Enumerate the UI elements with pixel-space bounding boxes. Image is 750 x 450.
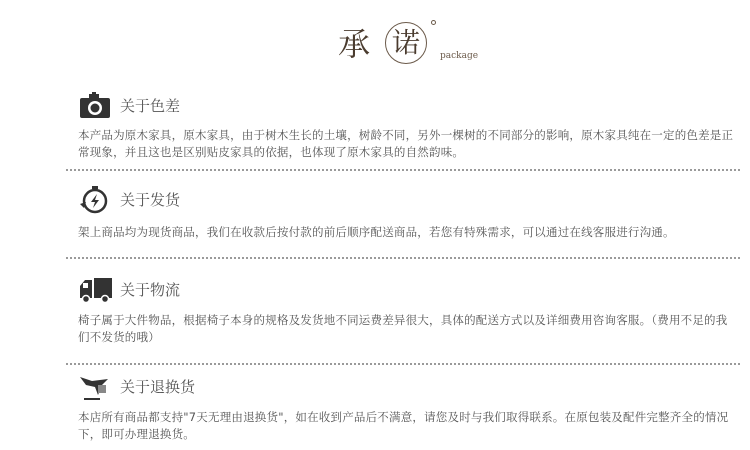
section-header: 关于色差 (78, 92, 738, 120)
section-logistics: 关于物流 椅子属于大件物品，根据椅子本身的规格及发货地不同运费差异很大，具体的配… (78, 276, 738, 346)
camera-icon (78, 92, 114, 120)
section-header: 关于退换货 (78, 373, 738, 401)
section-title: 关于发货 (120, 189, 180, 211)
section-header: 关于物流 (78, 276, 738, 304)
section-title: 关于退换货 (120, 376, 195, 398)
section-header: 关于发货 (78, 186, 738, 214)
header-subtitle: package (440, 51, 478, 61)
section-body: 本店所有商品都支持"7天无理由退换货"，如在收到产品后不满意，请您及时与我们取得… (78, 409, 738, 443)
section-title: 关于色差 (120, 95, 180, 117)
section-title: 关于物流 (120, 279, 180, 301)
promise-header: 承 诺 package (0, 0, 750, 80)
dotted-divider (66, 257, 740, 259)
return-plane-icon (78, 373, 114, 401)
header-dot-decoration (431, 20, 436, 25)
dotted-divider (66, 169, 740, 171)
fast-shipping-icon (78, 186, 114, 214)
header-title-char-2: 诺 (388, 24, 424, 62)
delivery-truck-icon (78, 276, 114, 304)
section-color-difference: 关于色差 本产品为原木家具，原木家具，由于树木生长的土壤，树龄不同，另外一棵树的… (78, 92, 738, 161)
section-shipping: 关于发货 架上商品均为现货商品，我们在收款后按付款的前后顺序配送商品，若您有特殊… (78, 186, 738, 241)
section-body: 架上商品均为现货商品，我们在收款后按付款的前后顺序配送商品，若您有特殊需求，可以… (78, 224, 738, 241)
section-returns: 关于退换货 本店所有商品都支持"7天无理由退换货"，如在收到产品后不满意，请您及… (78, 373, 738, 443)
dotted-divider (66, 363, 740, 365)
header-title-char-1: 承 (338, 24, 370, 64)
section-body: 椅子属于大件物品，根据椅子本身的规格及发货地不同运费差异很大，具体的配送方式以及… (78, 312, 738, 346)
section-body: 本产品为原木家具，原木家具，由于树木生长的土壤，树龄不同，另外一棵树的不同部分的… (78, 127, 738, 161)
